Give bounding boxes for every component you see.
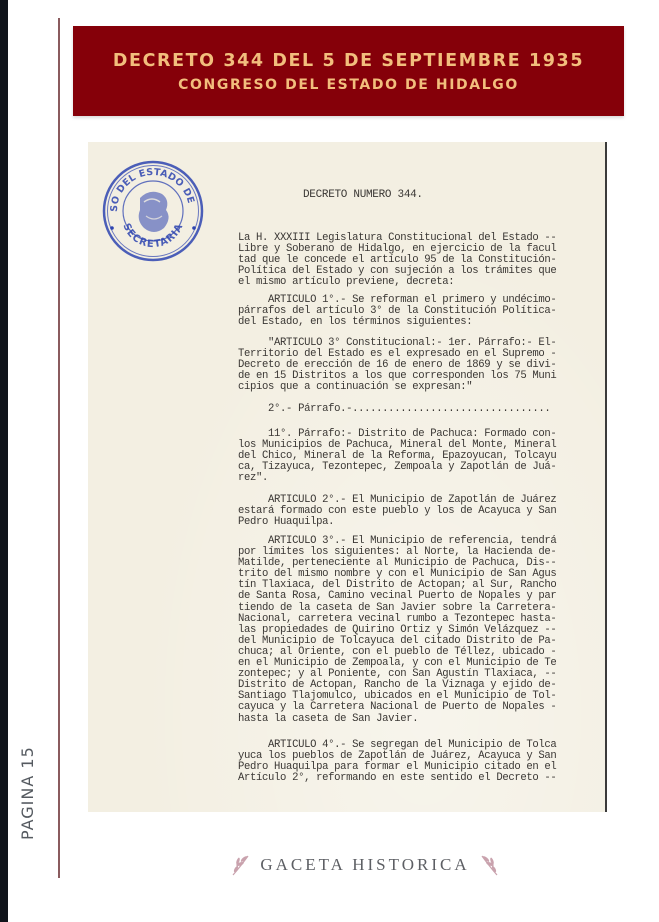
decree-heading: DECRETO NUMERO 344. [303, 189, 423, 201]
banner-title: DECRETO 344 DEL 5 DE SEPTIEMBRE 1935 [113, 51, 584, 71]
banner-subtitle: CONGRESO DEL ESTADO DE HIDALGO [178, 77, 519, 93]
article-3-limits-paragraph: ARTICULO 3°.- El Municipio de referencia… [238, 536, 598, 725]
screen-edge [0, 0, 8, 922]
page-number-label: PAGINA 15 [18, 746, 37, 840]
paragraph-2-placeholder: 2°.- Párrafo.-..........................… [238, 404, 598, 415]
olive-branch-right-icon [478, 853, 500, 877]
gazette-brand-name: GACETA HISTORICA [260, 855, 469, 875]
paragraph-11-pachuca: 11°. Párrafo:- Distrito de Pachuca: Form… [238, 429, 598, 484]
scanned-decree-document: CONGRESO DEL ESTADO DE HIDALGO SECRETARI… [88, 142, 607, 812]
congress-seal-icon: CONGRESO DEL ESTADO DE HIDALGO SECRETARI… [100, 158, 206, 264]
margin-rule-divider [58, 18, 60, 878]
olive-branch-left-icon [230, 853, 252, 877]
article-3-constitutional-quote: "ARTICULO 3° Constitucional:- 1er. Párra… [238, 338, 598, 393]
article-2-paragraph: ARTICULO 2°.- El Municipio de Zapotlán d… [238, 495, 598, 528]
title-banner: DECRETO 344 DEL 5 DE SEPTIEMBRE 1935 CON… [73, 26, 624, 116]
decree-preamble: La H. XXXIII Legislatura Constitucional … [238, 233, 598, 288]
article-4-paragraph: ARTICULO 4°.- Se segregan del Municipio … [238, 740, 598, 784]
gazette-footer-logo: GACETA HISTORICA [230, 852, 500, 878]
article-1-paragraph: ARTICULO 1°.- Se reforman el primero y u… [238, 295, 598, 328]
gazette-page: PAGINA 15 DECRETO 344 DEL 5 DE SEPTIEMBR… [0, 0, 659, 922]
